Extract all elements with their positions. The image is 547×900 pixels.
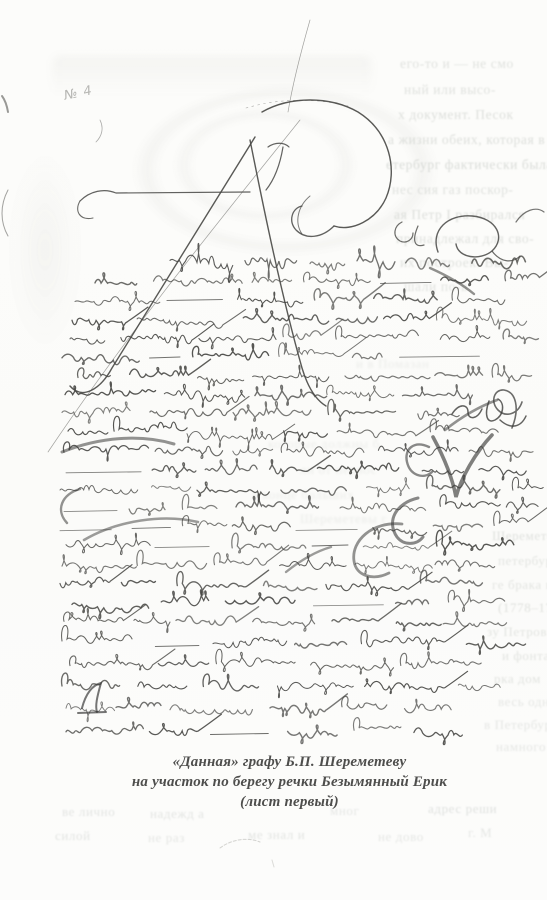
- handwritten-lines: [60, 243, 547, 745]
- caption-line-1: «Данная» графу Б.П. Шереметеву: [36, 752, 543, 772]
- bold-pen-strokes: [61, 390, 526, 713]
- book-page: его-то и — не смоный или высо-х документ…: [0, 0, 547, 900]
- caption: «Данная» графу Б.П. Шереметеву на участо…: [36, 752, 543, 812]
- caption-line-2: на участок по берегу речки Безымянный Ер…: [36, 772, 543, 792]
- pencil-scribbles: [220, 839, 274, 867]
- calligraphic-flourishes: [2, 20, 544, 452]
- caption-line-3: (лист первый): [36, 792, 543, 812]
